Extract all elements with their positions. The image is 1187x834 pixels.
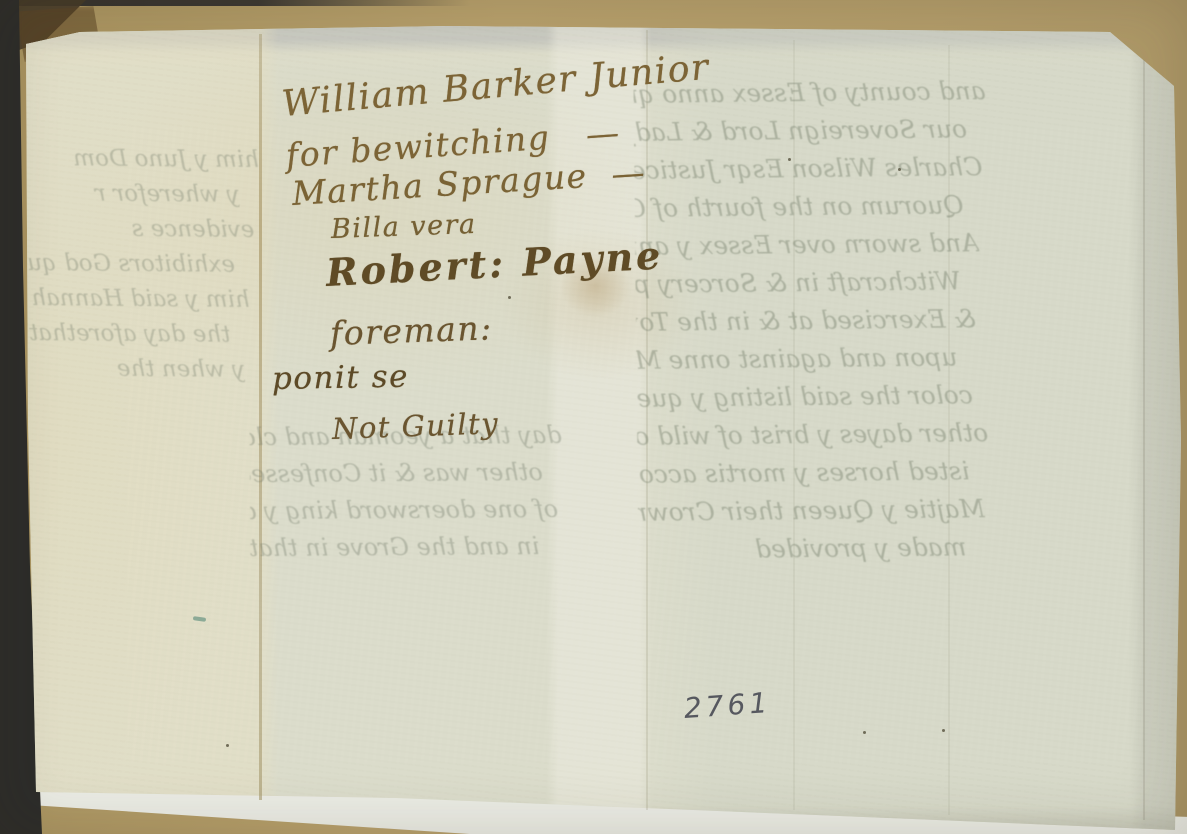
speck — [226, 744, 229, 747]
speck — [788, 158, 791, 161]
billa-vera-line: Billa vera — [330, 209, 477, 245]
speck — [942, 729, 945, 732]
foreman-title-line: foreman: — [329, 308, 493, 353]
speck — [898, 168, 901, 171]
verdict-line: Not Guilty — [331, 406, 499, 446]
speck — [508, 296, 511, 299]
manuscript-photo: and county of Essex anno qmour Sovereign… — [0, 0, 1187, 834]
plea-line: ponit se — [272, 359, 410, 397]
archival-number: 2761 — [683, 686, 772, 725]
speck — [863, 731, 866, 734]
